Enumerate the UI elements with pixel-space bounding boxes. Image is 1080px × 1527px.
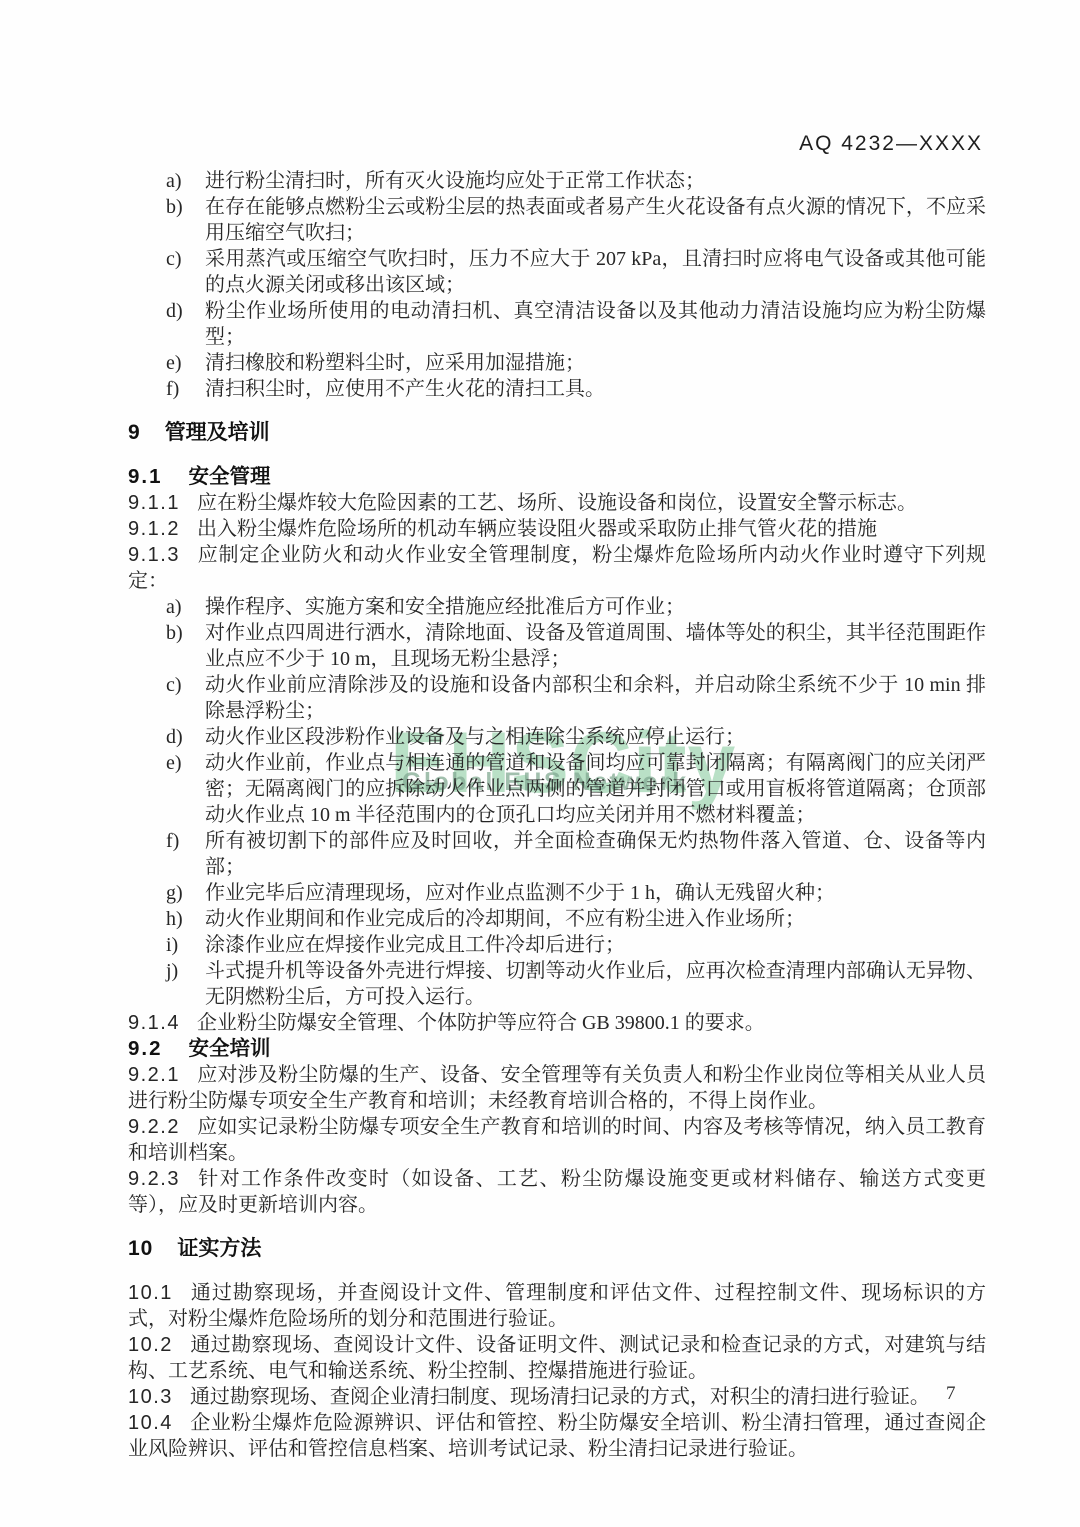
- clause-text: 针对工作条件改变时（如设备、工艺、粉尘防爆设施变更或材料储存、输送方式变更等），…: [128, 1168, 986, 1216]
- item-text: 动火作业前，作业点与相连通的管道和设备间均应可靠封闭隔离；有隔离阀门的应关闭严密…: [205, 752, 986, 826]
- list-item: i) 涂漆作业应在焊接作业完成且工件冷却后进行；: [128, 932, 986, 958]
- clause-number: 9.1.4: [128, 1012, 180, 1034]
- list-item: d) 粉尘作业场所使用的电动清扫机、真空清洁设备以及其他动力清洁设施均应为粉尘防…: [128, 298, 986, 350]
- clause-text: 企业粉尘爆炸危险源辨识、评估和管控、粉尘防爆安全培训、粉尘清扫管理，通过查阅企业…: [128, 1412, 986, 1460]
- item-text: 涂漆作业应在焊接作业完成且工件冷却后进行；: [205, 934, 625, 956]
- item-label: c): [166, 672, 182, 698]
- list-item: a) 操作程序、实施方案和安全措施应经批准后方可作业；: [128, 594, 986, 620]
- clause-text: 应在粉尘爆炸较大危险因素的工艺、场所、设施设备和岗位，设置安全警示标志。: [197, 492, 917, 514]
- clause: 10.1通过勘察现场，并查阅设计文件、管理制度和评估文件、过程控制文件、现场标识…: [128, 1280, 986, 1332]
- clause: 9.1.1应在粉尘爆炸较大危险因素的工艺、场所、设施设备和岗位，设置安全警示标志…: [128, 490, 986, 516]
- clause-text: 应如实记录粉尘防爆专项安全生产教育和培训的时间、内容及考核等情况，纳入员工教育和…: [128, 1116, 986, 1164]
- clause-number: 9.1.3: [128, 544, 180, 566]
- document-page: AQ 4232—XXXX EHSCity Global EHS Network …: [0, 0, 1080, 1527]
- item-label: i): [166, 932, 178, 958]
- clause: 9.1.2出入粉尘爆炸危险场所的机动车辆应装设阻火器或采取防止排气管火花的措施: [128, 516, 986, 542]
- clause: 10.2通过勘察现场、查阅设计文件、设备证明文件、测试记录和检查记录的方式，对建…: [128, 1332, 986, 1384]
- page-number: 7: [946, 1383, 956, 1405]
- clause-text: 出入粉尘爆炸危险场所的机动车辆应装设阻火器或采取防止排气管火花的措施: [197, 518, 877, 540]
- list-item: f) 所有被切割下的部件应及时回收，并全面检查确保无灼热物件落入管道、仓、设备等…: [128, 828, 986, 880]
- subsection-title: 安全培训: [189, 1037, 271, 1060]
- item-label: d): [166, 724, 183, 750]
- clause-number: 9.1.1: [128, 492, 180, 514]
- item-text: 清扫积尘时，应使用不产生火花的清扫工具。: [205, 378, 605, 400]
- section-10-heading: 10证实方法: [128, 1236, 986, 1262]
- list-item: e) 动火作业前，作业点与相连通的管道和设备间均应可靠封闭隔离；有隔离阀门的应关…: [128, 750, 986, 828]
- list-item: b) 对作业点四周进行洒水，清除地面、设备及管道周围、墙体等处的积尘，其半径范围…: [128, 620, 986, 672]
- item-label: f): [166, 828, 179, 854]
- subsection-number: 9.1: [128, 465, 163, 488]
- item-label: a): [166, 168, 182, 194]
- page-content: a) 进行粉尘清扫时，所有灭火设施均应处于正常工作状态； b) 在存在能够点燃粉…: [128, 168, 986, 1462]
- clause-text: 通过勘察现场、查阅设计文件、设备证明文件、测试记录和检查记录的方式，对建筑与结构…: [128, 1334, 986, 1382]
- clause: 9.2.2应如实记录粉尘防爆专项安全生产教育和培训的时间、内容及考核等情况，纳入…: [128, 1114, 986, 1166]
- section-9-heading: 9管理及培训: [128, 420, 986, 446]
- item-label: b): [166, 620, 183, 646]
- list-item: f) 清扫积尘时，应使用不产生火花的清扫工具。: [128, 376, 986, 402]
- clause-number: 10.3: [128, 1386, 173, 1408]
- item-text: 斗式提升机等设备外壳进行焊接、切割等动火作业后，应再次检查清理内部确认无异物、无…: [205, 960, 986, 1008]
- clause: 9.1.4企业粉尘防爆安全管理、个体防护等应符合 GB 39800.1 的要求。: [128, 1010, 986, 1036]
- subsection-title: 安全管理: [189, 465, 271, 488]
- subsection-9-2-heading: 9.2安全培训: [128, 1036, 986, 1062]
- item-label: e): [166, 350, 182, 376]
- item-label: g): [166, 880, 183, 906]
- clause: 9.2.1应对涉及粉尘防爆的生产、设备、安全管理等有关负责人和粉尘作业岗位等相关…: [128, 1062, 986, 1114]
- clause-text: 应制定企业防火和动火作业安全管理制度，粉尘爆炸危险场所内动火作业时遵守下列规定：: [128, 544, 986, 592]
- section-number: 9: [128, 421, 141, 444]
- list-item: a) 进行粉尘清扫时，所有灭火设施均应处于正常工作状态；: [128, 168, 986, 194]
- item-text: 所有被切割下的部件应及时回收，并全面检查确保无灼热物件落入管道、仓、设备等内部；: [205, 830, 986, 878]
- item-label: h): [166, 906, 183, 932]
- clause: 10.4企业粉尘爆炸危险源辨识、评估和管控、粉尘防爆安全培训、粉尘清扫管理，通过…: [128, 1410, 986, 1462]
- section-number: 10: [128, 1237, 153, 1260]
- item-text: 清扫橡胶和粉塑料尘时，应采用加湿措施；: [205, 352, 585, 374]
- item-label: a): [166, 594, 182, 620]
- section-title: 证实方法: [177, 1237, 261, 1260]
- list-item: c) 采用蒸汽或压缩空气吹扫时，压力不应大于 207 kPa，且清扫时应将电气设…: [128, 246, 986, 298]
- list-item: c) 动火作业前应清除涉及的设施和设备内部积尘和余料，并启动除尘系统不少于 10…: [128, 672, 986, 724]
- item-label: b): [166, 194, 183, 220]
- item-text: 进行粉尘清扫时，所有灭火设施均应处于正常工作状态；: [205, 170, 705, 192]
- doc-code: AQ 4232—XXXX: [799, 132, 983, 156]
- clause-text: 通过勘察现场，并查阅设计文件、管理制度和评估文件、过程控制文件、现场标识的方式，…: [128, 1282, 986, 1330]
- item-label: e): [166, 750, 182, 776]
- subsection-9-1-heading: 9.1安全管理: [128, 464, 986, 490]
- list-item: j) 斗式提升机等设备外壳进行焊接、切割等动火作业后，应再次检查清理内部确认无异…: [128, 958, 986, 1010]
- clause-number: 9.2.2: [128, 1116, 180, 1138]
- item-text: 采用蒸汽或压缩空气吹扫时，压力不应大于 207 kPa，且清扫时应将电气设备或其…: [205, 248, 986, 296]
- clause: 9.1.3应制定企业防火和动火作业安全管理制度，粉尘爆炸危险场所内动火作业时遵守…: [128, 542, 986, 594]
- item-label: j): [166, 958, 178, 984]
- clause-number: 10.1: [128, 1282, 173, 1304]
- list-item: h) 动火作业期间和作业完成后的冷却期间，不应有粉尘进入作业场所；: [128, 906, 986, 932]
- clause-text: 通过勘察现场、查阅企业清扫制度、现场清扫记录的方式，对积尘的清扫进行验证。: [190, 1386, 930, 1408]
- item-text: 动火作业期间和作业完成后的冷却期间，不应有粉尘进入作业场所；: [205, 908, 805, 930]
- clause-number: 9.2.1: [128, 1064, 180, 1086]
- item-text: 粉尘作业场所使用的电动清扫机、真空清洁设备以及其他动力清洁设施均应为粉尘防爆型；: [205, 300, 986, 348]
- list-item: d) 动火作业区段涉粉作业设备及与之相连除尘系统应停止运行；: [128, 724, 986, 750]
- clause-number: 9.2.3: [128, 1168, 180, 1190]
- clause-number: 9.1.2: [128, 518, 180, 540]
- clause: 10.3通过勘察现场、查阅企业清扫制度、现场清扫记录的方式，对积尘的清扫进行验证…: [128, 1384, 986, 1410]
- item-text: 操作程序、实施方案和安全措施应经批准后方可作业；: [205, 596, 685, 618]
- item-text: 动火作业区段涉粉作业设备及与之相连除尘系统应停止运行；: [205, 726, 745, 748]
- clause: 9.2.3针对工作条件改变时（如设备、工艺、粉尘防爆设施变更或材料储存、输送方式…: [128, 1166, 986, 1218]
- subsection-number: 9.2: [128, 1037, 163, 1060]
- section-title: 管理及培训: [165, 421, 270, 444]
- item-label: d): [166, 298, 183, 324]
- item-text: 对作业点四周进行洒水，清除地面、设备及管道周围、墙体等处的积尘，其半径范围距作业…: [205, 622, 986, 670]
- clause-number: 10.2: [128, 1334, 173, 1356]
- clause-text: 应对涉及粉尘防爆的生产、设备、安全管理等有关负责人和粉尘作业岗位等相关从业人员进…: [128, 1064, 986, 1112]
- list-item: g) 作业完毕后应清理现场，应对作业点监测不少于 1 h，确认无残留火种；: [128, 880, 986, 906]
- item-text: 动火作业前应清除涉及的设施和设备内部积尘和余料，并启动除尘系统不少于 10 mi…: [205, 674, 986, 722]
- clause-text: 企业粉尘防爆安全管理、个体防护等应符合 GB 39800.1 的要求。: [197, 1012, 765, 1034]
- item-label: f): [166, 376, 179, 402]
- item-label: c): [166, 246, 182, 272]
- item-text: 作业完毕后应清理现场，应对作业点监测不少于 1 h，确认无残留火种；: [205, 882, 835, 904]
- item-text: 在存在能够点燃粉尘云或粉尘层的热表面或者易产生火花设备有点火源的情况下，不应采用…: [205, 196, 986, 244]
- list-item: e) 清扫橡胶和粉塑料尘时，应采用加湿措施；: [128, 350, 986, 376]
- clause-number: 10.4: [128, 1412, 173, 1434]
- list-item: b) 在存在能够点燃粉尘云或粉尘层的热表面或者易产生火花设备有点火源的情况下，不…: [128, 194, 986, 246]
